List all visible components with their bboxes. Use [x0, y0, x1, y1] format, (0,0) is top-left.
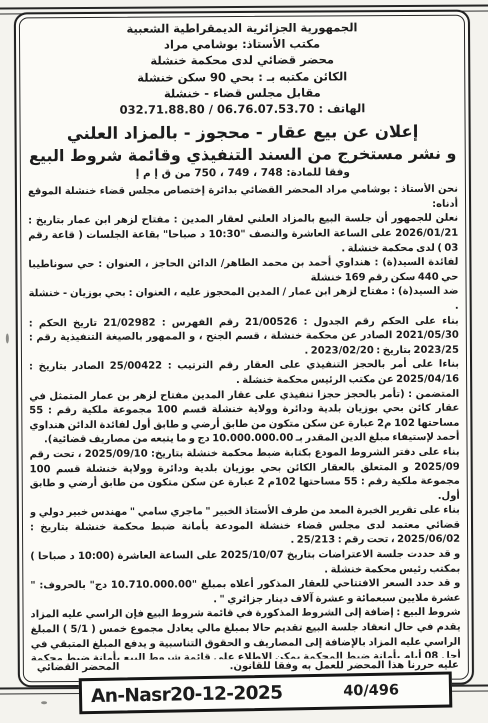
scanned-legal-notice-page: الجمهورية الجزائرية الديمقراطية الشعبية …	[0, 0, 488, 723]
notice-subtitle: و نشر مستخرج من السند التنفيذي وقائمة شر…	[28, 143, 458, 168]
notice-title-block: إعلان عن بيع عقار - محجوز - بالمزاد العل…	[28, 121, 458, 182]
body-paragraph: لفائدة السيد(ة) : هنداوي أحمد بن محمد ال…	[28, 256, 458, 288]
body-paragraph: بناءا على أمر بالحجز التنفيذي على العقار…	[29, 358, 459, 390]
office-header: الجمهورية الجزائرية الديمقراطية الشعبية …	[27, 19, 458, 119]
bailiff-signature-label: المحضر القضائي	[37, 660, 120, 676]
body-paragraph: بناء على دفتر الشروط المودع بكتابة ضبط م…	[30, 446, 460, 507]
body-paragraph: و قد حددت جلسة الاعتراضات بتاريخ 2025/10…	[30, 548, 460, 580]
notice-title: إعلان عن بيع عقار - محجوز - بالمزاد العل…	[28, 121, 458, 146]
scan-noise	[6, 333, 9, 343]
body-paragraph: و قد حدد السعر الافتتاحي للعقار المذكور …	[30, 577, 460, 609]
notice-legal-basis: وفقا للمادة: 748 ، 749 ، 750 من ق إ م إ	[28, 165, 458, 182]
notice-border-frame: الجمهورية الجزائرية الديمقراطية الشعبية …	[14, 10, 474, 688]
newspaper-name-date: An-Nasr20-12-2025	[82, 682, 283, 707]
header-line-phone: الهاتف : 06.76.07.53.70 / 032.71.88.80	[27, 100, 457, 119]
newspaper-imprint-box: An-Nasr20-12-2025 40/496	[79, 671, 453, 714]
notice-body: نحن الأستاذ : بوشامي مراد المحضر القضائي…	[28, 183, 461, 660]
notice-content: الجمهورية الجزائرية الديمقراطية الشعبية …	[27, 19, 461, 677]
body-paragraph: نحن الأستاذ : بوشامي مراد المحضر القضائي…	[28, 183, 458, 215]
body-paragraph: بناء على تقرير الخبرة المعد من طرف الأست…	[30, 504, 460, 550]
page-number: 40/496	[343, 682, 399, 699]
scan-noise	[41, 701, 47, 704]
body-paragraph: بناء على الحكم رقم الجدول : 21/00526 رقم…	[29, 314, 459, 360]
body-paragraph: المتضمن : (تأمر بالحجز حجزا تنفيذي على ع…	[29, 387, 459, 448]
body-paragraph: شروط البيع : إضافة إلى الشروط المذكورة ف…	[31, 606, 461, 660]
body-paragraph: نعلن للجمهور أن جلسة البيع بالمزاد العلن…	[28, 212, 458, 258]
body-paragraph: ضد السيد(ة) : مفتاح لزهر ابن عمار / المد…	[29, 285, 459, 317]
